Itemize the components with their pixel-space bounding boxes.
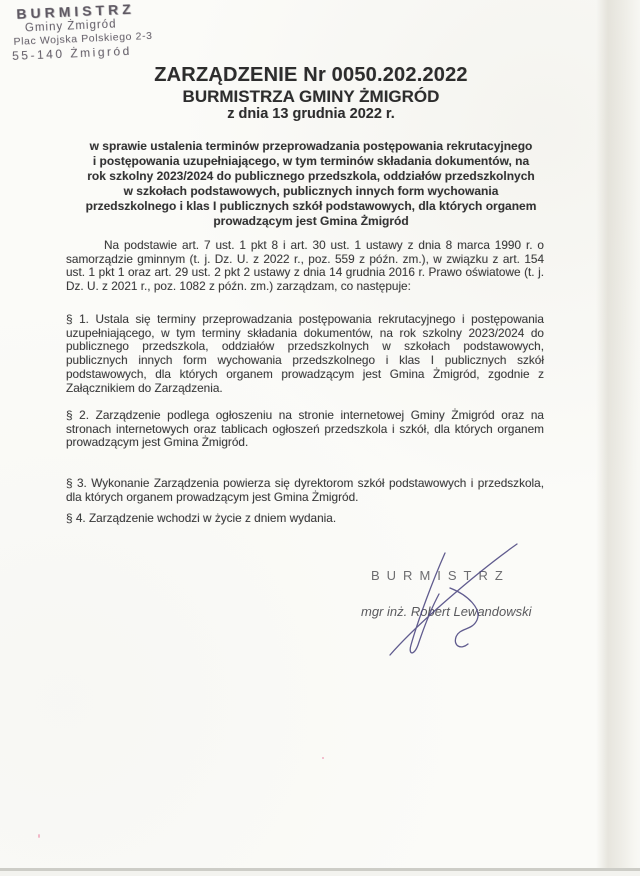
section-paragraph-4: § 4. Zarządzenie wchodzi w życie z dniem… <box>66 512 544 526</box>
subject-line: rok szkolny 2023/2024 do publicznego prz… <box>53 169 569 184</box>
subject-line: w sprawie ustalenia terminów przeprowadz… <box>53 139 569 154</box>
section-paragraph-3: § 3. Wykonanie Zarządzenia powierza się … <box>66 477 544 504</box>
signature-stroke <box>410 553 445 653</box>
signature-stroke <box>450 588 478 647</box>
legal-basis-paragraph: Na podstawie art. 7 ust. 1 pkt 8 i art. … <box>66 239 544 294</box>
scan-speck <box>322 757 324 759</box>
subject-line: i postępowania uzupełniającego, w tym te… <box>53 154 569 169</box>
subject-line: prowadzącym jest Gmina Żmigród <box>53 214 569 229</box>
subject-line: przedszkolnego i klas I publicznych szkó… <box>53 199 569 214</box>
signature-stroke <box>390 544 517 655</box>
subject-line: w szkołach podstawowych, publicznych inn… <box>53 184 569 199</box>
document-issuer: BURMISTRZA GMINY ŻMIGRÓD <box>0 87 622 106</box>
document-subject: w sprawie ustalenia terminów przeprowadz… <box>53 139 569 229</box>
section-paragraph-2: § 2. Zarządzenie podlega ogłoszeniu na s… <box>66 409 544 450</box>
sender-address-stamp: BURMISTRZ Gminy Żmigród Plac Wojska Pols… <box>12 0 204 63</box>
section-paragraph-1: § 1. Ustala się terminy przeprowadzania … <box>66 313 544 395</box>
scan-edge-right <box>596 0 640 876</box>
scan-speck <box>38 834 40 838</box>
handwritten-signature <box>378 535 528 660</box>
document-title: ZARZĄDZENIE Nr 0050.202.2022 <box>0 64 622 87</box>
document-heading: ZARZĄDZENIE Nr 0050.202.2022 BURMISTRZA … <box>0 64 622 123</box>
document-date: z dnia 13 grudnia 2022 r. <box>0 106 622 123</box>
scan-edge-bottom-margin <box>0 871 640 876</box>
